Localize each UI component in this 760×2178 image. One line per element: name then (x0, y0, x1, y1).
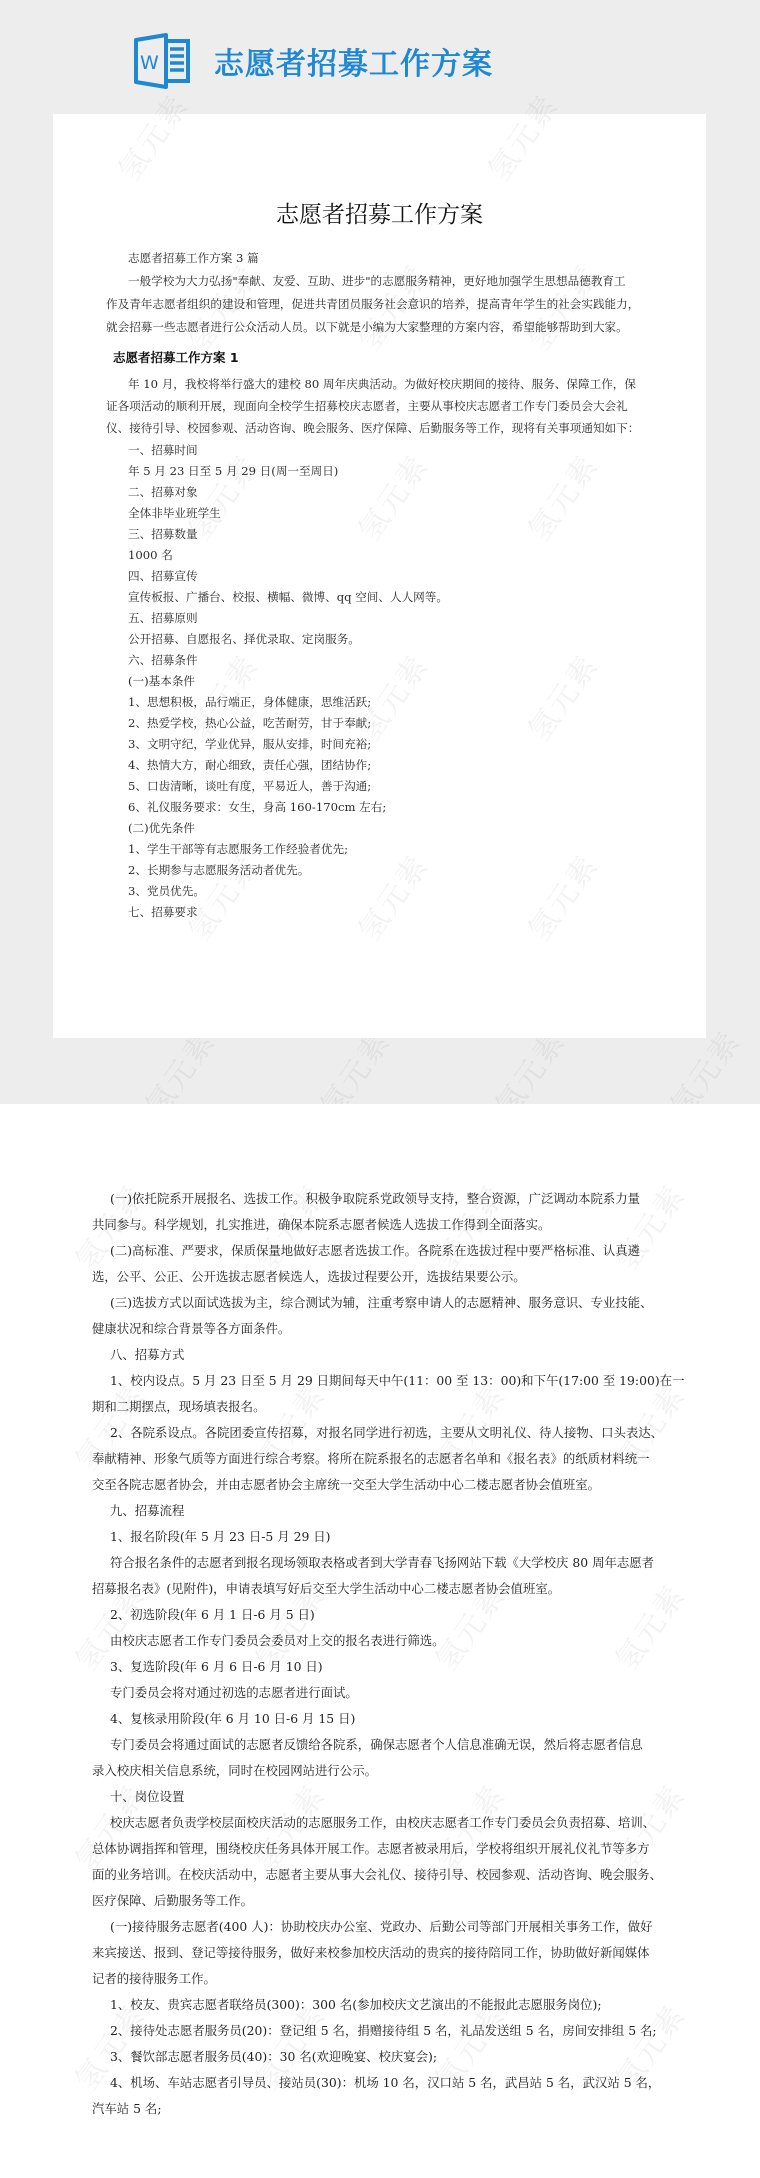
paragraph-line: 专门委员会将对通过初选的志愿者进行面试。 (110, 1684, 358, 1702)
paragraph-line: 总体协调指挥和管理，围绕校庆任务具体开展工作。志愿者被录用后，学校将组织开展礼仪… (92, 1840, 650, 1858)
stage-heading: 1、报名阶段(年 5 月 23 日-5 月 29 日) (110, 1528, 331, 1546)
paragraph-line: 证各项活动的顺利开展，现面向全校学生招募校庆志愿者，主要从事校庆志愿者工作专门委… (106, 398, 628, 414)
paragraph-line: 仪、接待引导、校园参观、活动咨询、晚会服务、医疗保障、后勤服务等工作，现将有关事… (106, 420, 639, 436)
list-value: 1000 名 (128, 547, 173, 563)
section-heading: 九、招募流程 (110, 1502, 184, 1520)
paragraph-line: 选，公平、公正、公开选拔志愿者候选人，选拔过程要公开，选拔结果要公示。 (92, 1268, 526, 1286)
paragraph-line: 年 10 月，我校将举行盛大的建校 80 周年庆典活动。为做好校庆期间的接待、服… (128, 376, 636, 392)
list-item: 3、党员优先。 (128, 883, 205, 899)
watermark: 氢元素 (515, 444, 606, 548)
document-page-2: 氢元素 氢元素 氢元素 氢元素 氢元素 氢元素 氢元素 氢元素 氢元素 氢元素 … (0, 1104, 760, 2178)
paragraph-line: 健康状况和综合背景等各方面条件。 (92, 1320, 290, 1338)
stage-heading: 4、复核录用阶段(年 6 月 10 日-6 月 15 日) (110, 1710, 355, 1728)
list-subheading: (二)优先条件 (128, 820, 195, 836)
list-item: 1、校友、贵宾志愿者联络员(300)：300 名(参加校庆文艺演出的不能报此志愿… (110, 1996, 602, 2014)
svg-text:W: W (140, 52, 159, 74)
list-heading: 七、招募要求 (128, 904, 198, 920)
list-item: 4、机场、车站志愿者引导员、接站员(30)：机场 10 名，汉口站 5 名，武昌… (110, 2074, 660, 2092)
list-item: 2、接待处志愿者服务员(20)：登记组 5 名，捐赠接待组 5 名，礼品发送组 … (110, 2022, 657, 2040)
paragraph-line: (一)依托院系开展报名、选拔工作。积极争取院系党政领导支持，整合资源，广泛调动本… (110, 1190, 640, 1208)
list-item: 4、热情大方，耐心细致，责任心强，团结协作; (128, 757, 371, 773)
paragraph-line: 医疗保障、后勤服务等工作。 (92, 1892, 253, 1910)
paragraph-line: 2、各院系设点。各院团委宣传招募，对报名同学进行初选，主要从文明礼仪、待人接物、… (110, 1424, 663, 1442)
paragraph-line: 来宾接送、报到、登记等接待服务，做好来校参加校庆活动的贵宾的接待陪同工作，协助做… (92, 1944, 650, 1962)
paragraph-line: 作及青年志愿者组织的建设和管理，促进共青团员服务社会意识的培养，提高青年学生的社… (106, 296, 639, 312)
list-item: 2、长期参与志愿服务活动者优先。 (128, 862, 309, 878)
paragraph-line: 由校庆志愿者工作专门委员会委员对上交的报名表进行筛选。 (110, 1632, 445, 1650)
paragraph-line: 1、校内设点。5 月 23 日至 5 月 29 日期间每天中午(11：00 至 … (110, 1372, 684, 1390)
banner-title: 志愿者招募工作方案 (214, 39, 493, 83)
list-value: 全体非毕业班学生 (128, 505, 221, 521)
list-item: 3、餐饮部志愿者服务员(40)：30 名(欢迎晚宴、校庆宴会); (110, 2048, 437, 2066)
list-item: 1、学生干部等有志愿服务工作经验者优先; (128, 841, 348, 857)
watermark: 氢元素 (515, 844, 606, 948)
stage-heading: 2、初选阶段(年 6 月 1 日-6 月 5 日) (110, 1606, 315, 1624)
paragraph-line: 期和二期摆点，现场填表报名。 (92, 1398, 265, 1416)
section-heading: 八、招募方式 (110, 1346, 184, 1364)
watermark: 氢元素 (345, 444, 436, 548)
list-value: 宣传板报、广播台、校报、横幅、微博、qq 空间、人人网等。 (128, 589, 448, 605)
watermark: 氢元素 (475, 84, 566, 188)
watermark: 氢元素 (345, 844, 436, 948)
list-heading: 六、招募条件 (128, 652, 198, 668)
paragraph-line: 一般学校为大力弘扬"奉献、友爱、互助、进步"的志愿服务精神，更好地加强学生思想品… (128, 273, 626, 289)
paragraph-line: 符合报名条件的志愿者到报名现场领取表格或者到大学青春飞扬网站下载《大学校庆 80… (110, 1554, 654, 1572)
list-heading: 四、招募宣传 (128, 568, 198, 584)
paragraph-line: 录入校庆相关信息系统，同时在校园网站进行公示。 (92, 1762, 377, 1780)
paragraph-line: 校庆志愿者负责学校层面校庆活动的志愿服务工作，由校庆志愿者工作专门委员会负责招募… (110, 1814, 655, 1832)
watermark: 氢元素 (515, 644, 606, 748)
paragraph-line: 奉献精神、形象气质等方面进行综合考察。将所在院系报名的志愿者名单和《报名表》的纸… (92, 1450, 650, 1468)
paragraph-line: (三)选拔方式以面试选拔为主，综合测试为辅，注重考察申请人的志愿精神、服务意识、… (110, 1294, 652, 1312)
list-heading: 三、招募数量 (128, 526, 198, 542)
watermark: 氢元素 (602, 1574, 693, 1678)
list-item: 6、礼仪服务要求：女生，身高 160-170cm 左右; (128, 799, 386, 815)
list-value: 年 5 月 23 日至 5 月 29 日(周一至周日) (128, 463, 338, 479)
section-heading: 志愿者招募工作方案 1 (113, 350, 239, 366)
list-heading: 一、招募时间 (128, 442, 198, 458)
paragraph-line: 交至各院志愿者协会，并由志愿者协会主席统一交至大学生活动中心二楼志愿者协会值班室… (92, 1476, 600, 1494)
paragraph-line: (二)高标准、严要求，保质保量地做好志愿者选拔工作。各院系在选拔过程中要严格标准… (110, 1242, 640, 1260)
list-item: 3、文明守纪，学业优异，服从安排，时间充裕; (128, 736, 371, 752)
stage-heading: 3、复选阶段(年 6 月 6 日-6 月 10 日) (110, 1658, 323, 1676)
paragraph-line: 记者的接待服务工作。 (92, 1970, 216, 1988)
list-item: 汽车站 5 名; (92, 2100, 162, 2118)
document-header: W 志愿者招募工作方案 (130, 26, 493, 96)
list-value: 公开招募、自愿报名、择优录取、定岗服务。 (128, 631, 360, 647)
section-heading: 十、岗位设置 (110, 1788, 184, 1806)
paragraph-line: 共同参与。科学规划，扎实推进，确保本院系志愿者候选人选拔工作得到全面落实。 (92, 1216, 550, 1234)
list-item: 1、思想积极，品行端正，身体健康，思维活跃; (128, 694, 371, 710)
paragraph-line: 面的业务培训。在校庆活动中，志愿者主要从事大会礼仪、接待引导、校园参观、活动咨询… (92, 1866, 662, 1884)
list-heading: 五、招募原则 (128, 610, 198, 626)
list-item: 2、热爱学校，热心公益，吃苦耐劳，甘于奉献; (128, 715, 371, 731)
preview-background: 氢元素 氢元素 氢元素 氢元素 W 志愿者招募工作方案 氢元素 氢元素 氢元素 … (0, 0, 760, 1104)
paragraph-line: 专门委员会将通过面试的志愿者反馈给各院系，确保志愿者个人信息准确无误，然后将志愿… (110, 1736, 643, 1754)
paragraph-line: 招募报名表》(见附件)，申请表填写好后交至大学生活动中心二楼志愿者协会值班室。 (92, 1580, 560, 1598)
list-heading: 二、招募对象 (128, 484, 198, 500)
paragraph-line: 就会招募一些志愿者进行公众活动人员。以下就是小编为大家整理的方案内容，希望能够帮… (106, 319, 628, 335)
document-page-1: 氢元素 氢元素 氢元素 氢元素 氢元素 氢元素 氢元素 氢元素 氢元素 氢元素 … (53, 114, 706, 1038)
doc-subtitle: 志愿者招募工作方案 3 篇 (128, 250, 259, 266)
document-title: 志愿者招募工作方案 (53, 196, 706, 229)
list-item: 5、口齿清晰，谈吐有度，平易近人，善于沟通; (128, 778, 371, 794)
paragraph-line: (一)接待服务志愿者(400 人)：协助校庆办公室、党政办、后勤公司等部门开展相… (110, 1918, 653, 1936)
word-document-icon: W (130, 30, 192, 92)
watermark: 氢元素 (105, 84, 196, 188)
list-subheading: (一)基本条件 (128, 673, 195, 689)
